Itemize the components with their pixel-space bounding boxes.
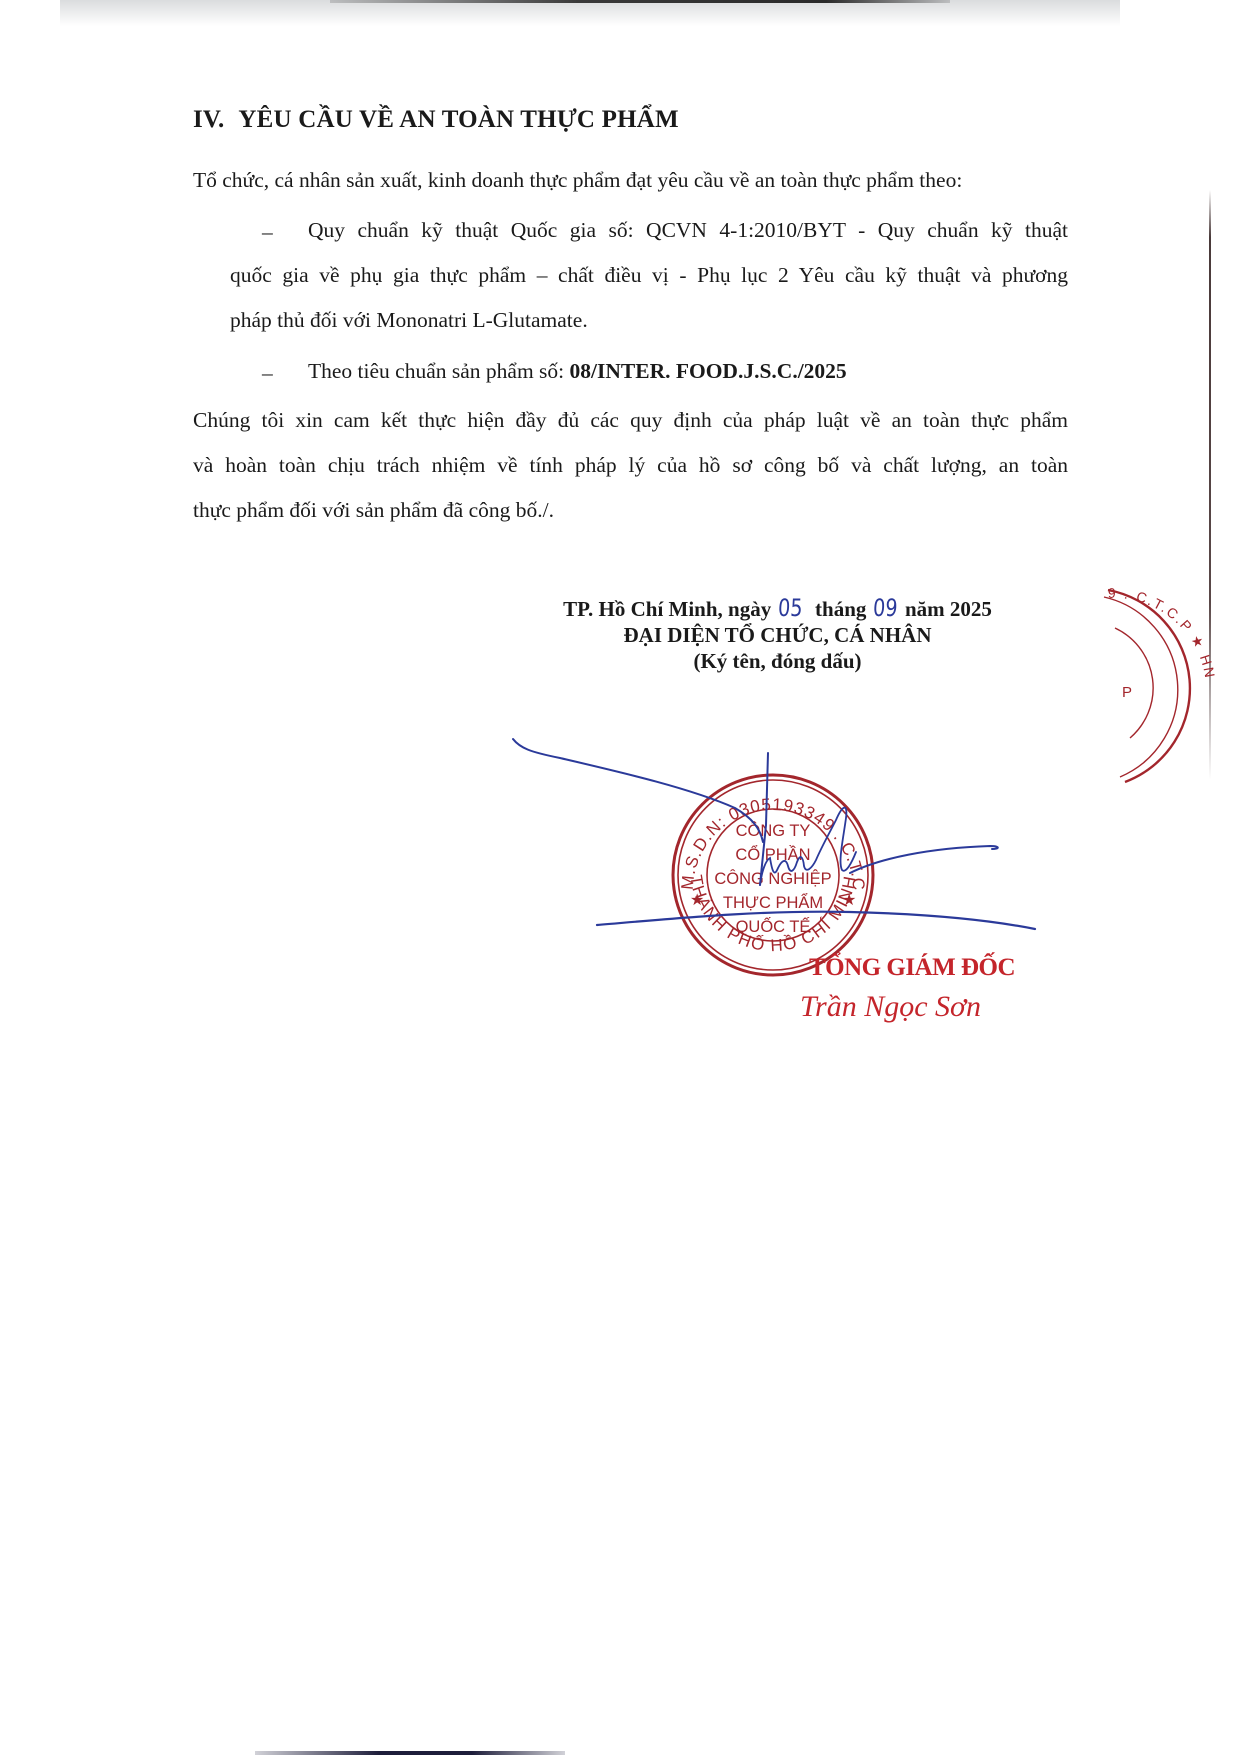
bullet-1-line-3: pháp thủ đối với Mononatri L-Glutamate.: [230, 310, 588, 332]
place-prefix: TP. Hồ Chí Minh, ngày: [563, 597, 771, 621]
bullet-1-line-2: quốc gia về phụ gia thực phẩm – chất điề…: [230, 265, 1068, 287]
seal-center-line: THỰC PHẨM: [723, 893, 823, 912]
signer-name: Trần Ngọc Sơn: [800, 990, 981, 1024]
scan-edge-bottom: [255, 1751, 565, 1755]
handwritten-signature: [513, 739, 1035, 929]
seal-text: M.S.D.N: 0305193349 . C.T.C.P THÀNH PHỐ …: [0, 0, 868, 955]
bullet-2-prefix: Theo tiêu chuẩn sản phẩm số:: [308, 359, 570, 383]
partial-seal-inner: P: [1122, 684, 1132, 701]
seal-center-line: CỔ PHẦN: [735, 845, 810, 864]
representative-label: ĐẠI DIỆN TỔ CHỨC, CÁ NHÂN: [520, 622, 1035, 648]
company-seal: [673, 775, 873, 975]
sign-instruction: (Ký tên, đóng dấu): [520, 648, 1035, 674]
bullet-1-line-1: Quy chuẩn kỹ thuật Quốc gia số: QCVN 4-1…: [308, 220, 1068, 242]
section-heading: IV.YÊU CẦU VỀ AN TOÀN THỰC PHẨM: [193, 106, 679, 134]
section-number: IV.: [193, 106, 224, 133]
date-line: TP. Hồ Chí Minh, ngày05 tháng09năm 2025: [520, 595, 1035, 622]
svg-text:9 . C.T.C.P ★ HN: 9 . C.T.C.P ★ HN: [1108, 585, 1219, 681]
seal-center-line: CÔNG NGHIỆP: [714, 869, 831, 888]
standard-code: 08/INTER. FOOD.J.S.C./2025: [570, 359, 847, 383]
handwritten-day: 05: [778, 595, 804, 621]
handwritten-month: 09: [873, 595, 899, 621]
year-label: năm 2025: [905, 597, 992, 621]
commitment-line-3: thực phẩm đối với sản phẩm đã công bố./.: [193, 500, 554, 522]
svg-text:THÀNH PHỐ HỒ CHÍ MINH: THÀNH PHỐ HỒ CHÍ MINH: [686, 873, 860, 955]
signature-block: TP. Hồ Chí Minh, ngày05 tháng09năm 2025 …: [520, 595, 1035, 674]
scan-edge-top: [330, 0, 950, 3]
bullet-2: Theo tiêu chuẩn sản phẩm số: 08/INTER. F…: [308, 361, 847, 383]
section-title: YÊU CẦU VỀ AN TOÀN THỰC PHẨM: [238, 106, 678, 133]
seal-center-line: QUỐC TẾ: [736, 916, 811, 936]
seal-outer-bottom-text: THÀNH PHỐ HỒ CHÍ MINH: [686, 873, 860, 955]
bullet-dash: –: [262, 361, 273, 386]
intro-paragraph: Tổ chức, cá nhân sản xuất, kinh doanh th…: [193, 170, 962, 192]
commitment-line-2: và hoàn toàn chịu trách nhiệm về tính ph…: [193, 455, 1068, 477]
bullet-dash: –: [262, 220, 273, 245]
partial-seal: [1104, 590, 1190, 782]
page-edge-line: [1209, 190, 1211, 780]
commitment-line-1: Chúng tôi xin cam kết thực hiện đầy đủ c…: [193, 410, 1068, 432]
partial-seal-text: 9 . C.T.C.P ★ HN: [1108, 585, 1219, 681]
scan-shadow-top: [60, 0, 1120, 26]
seal-star-left: ★: [690, 892, 704, 909]
month-label: tháng: [815, 597, 866, 621]
seal-star-right: ★: [842, 892, 856, 909]
position-title: TỔNG GIÁM ĐỐC: [809, 954, 1015, 982]
seal-center-line: CÔNG TY: [736, 821, 811, 840]
